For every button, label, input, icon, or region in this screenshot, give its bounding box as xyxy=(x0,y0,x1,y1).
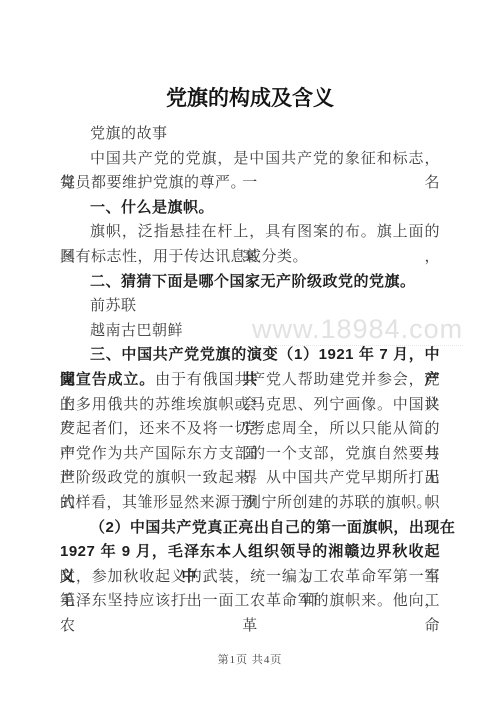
text-segment: 前苏联 xyxy=(90,298,137,314)
text-segment: 党旗的故事 xyxy=(90,126,168,142)
text-line: 二、猜猜下面是哪个国家无产阶级政党的党旗。 xyxy=(60,270,440,295)
bold-text-segment: 二、猜猜下面是哪个国家无产阶级政党的党旗。 xyxy=(90,273,416,290)
bold-text-segment: 党宣告成立。 xyxy=(60,371,155,388)
page-number-footer: 第1页 共4页 xyxy=(0,651,500,667)
bold-text-segment: 一、什么是旗帜。 xyxy=(90,199,214,216)
text-line: （2）中国共产党真正亮出自己的第一面旗帜，出现在 xyxy=(60,516,440,541)
text-segment: 式样看，其雏形显然来源于列宁所创建的苏联的旗帜。 xyxy=(60,495,432,511)
text-line: 越南古巴朝鲜 xyxy=(60,319,440,344)
text-line: 上多用俄共的苏维埃旗帜或马克思、列宁画像。中国共产党的 xyxy=(60,393,440,418)
text-line: 前苏联 xyxy=(60,294,440,319)
text-line: 毛泽东坚持应该打出一面工农革命军的旗帜来。他向工农革命 xyxy=(60,589,440,614)
text-line: 中国共产党的党旗，是中国共产党的象征和标志，每一名 xyxy=(60,147,440,172)
page-title: 党旗的构成及含义 xyxy=(60,86,440,112)
text-line: 旗帜，泛指悬挂在杆上，具有图案的布。旗上面的图案， xyxy=(60,220,440,245)
text-segment: 越南古巴朝鲜 xyxy=(90,323,183,339)
bold-text-segment: （2）中国共产党真正亮出自己的第一面旗帜，出现在 xyxy=(90,519,455,536)
document-page: www.18984.com 党旗的构成及含义 党旗的故事中国共产党的党旗，是中国… xyxy=(0,0,500,708)
text-line: 发起者们，还来不及将一切考虑周全，所以只能从简。中国共 xyxy=(60,417,440,442)
text-line: 产阶级政党的旗帜一致起来。从中国共产党早期所打出的旗帜 xyxy=(60,466,440,491)
document-body: 党旗的故事中国共产党的党旗，是中国共产党的象征和标志，每一名党员都要维护党旗的尊… xyxy=(60,122,440,614)
text-line: 三、中国共产党党旗的演变（1）1921 年 7 月，中国共产 xyxy=(60,343,440,368)
text-line: 党宣告成立。由于有俄国共产党人帮助建党并参会，党的会议 xyxy=(60,368,440,393)
text-line: 时，参加秋收起义的武装，统一编为工农革命军第一军第一师， xyxy=(60,565,440,590)
text-segment: 毛泽东坚持应该打出一面工农革命军的旗帜来。他向工农革命 xyxy=(60,593,440,634)
text-segment: 具有标志性，用于传达讯息或分类。 xyxy=(60,249,308,265)
text-line: 1927 年 9 月，毛泽东本人组织领导的湘赣边界秋收起义中。当 xyxy=(60,540,440,565)
text-segment: 党员都要维护党旗的尊严。 xyxy=(60,175,246,191)
text-line: 式样看，其雏形显然来源于列宁所创建的苏联的旗帜。 xyxy=(60,491,440,516)
text-line: 产党作为共产国际东方支部的一个支部，党旗自然要与世界无 xyxy=(60,442,440,467)
text-line: 一、什么是旗帜。 xyxy=(60,196,440,221)
text-line: 党旗的故事 xyxy=(60,122,440,147)
